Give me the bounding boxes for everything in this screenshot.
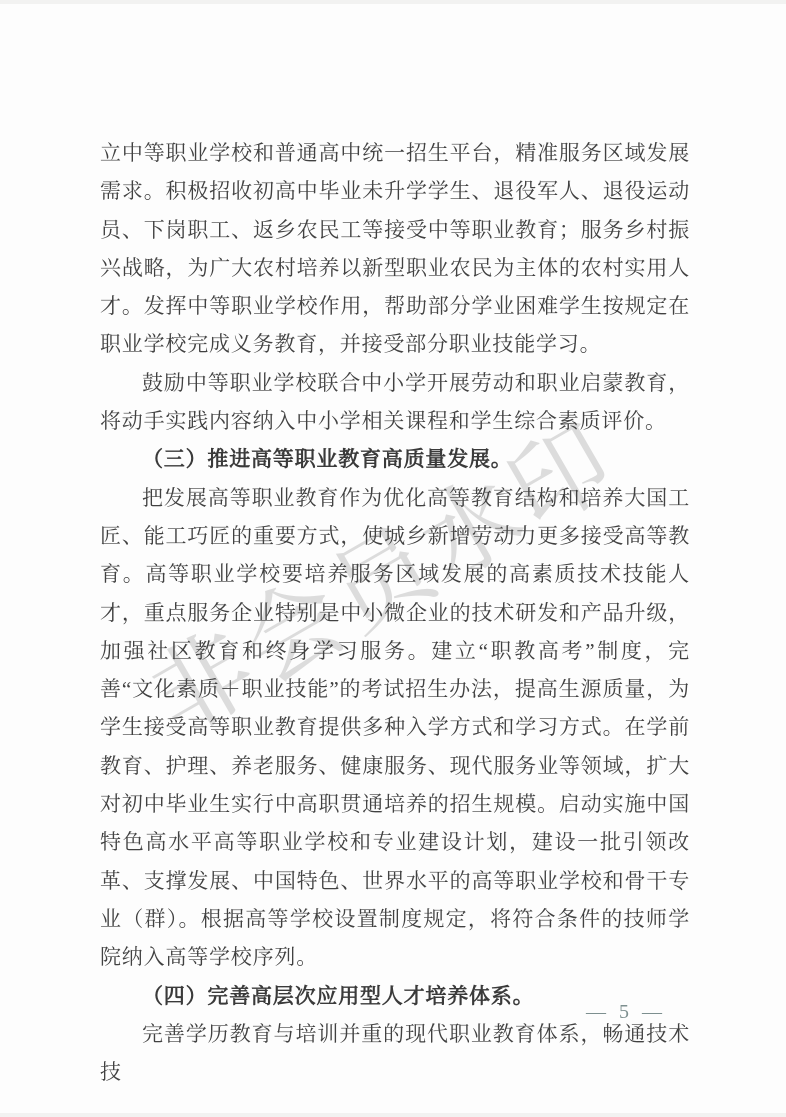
paragraph: 鼓励中等职业学校联合中小学开展劳动和职业启蒙教育，将动手实践内容纳入中小学相关课… [100, 364, 690, 441]
paragraph: 把发展高等职业教育作为优化高等教育结构和培养大国工匠、能工巧匠的重要方式，使城乡… [100, 479, 690, 977]
document-body: 立中等职业学校和普通高中统一招生平台，精准服务区域发展需求。积极招收初高中毕业未… [100, 134, 690, 1091]
paragraph-continuation: 立中等职业学校和普通高中统一招生平台，精准服务区域发展需求。积极招收初高中毕业未… [100, 134, 690, 364]
section-heading-three: （三）推进高等职业教育高质量发展。 [100, 440, 690, 478]
page-number: — 5 — [586, 1001, 666, 1024]
document-page: 非会员水印 立中等职业学校和普通高中统一招生平台，精准服务区域发展需求。积极招收… [0, 0, 786, 1117]
paragraph-truncated: 完善学历教育与培训并重的现代职业教育体系，畅通技术技 [100, 1015, 690, 1092]
